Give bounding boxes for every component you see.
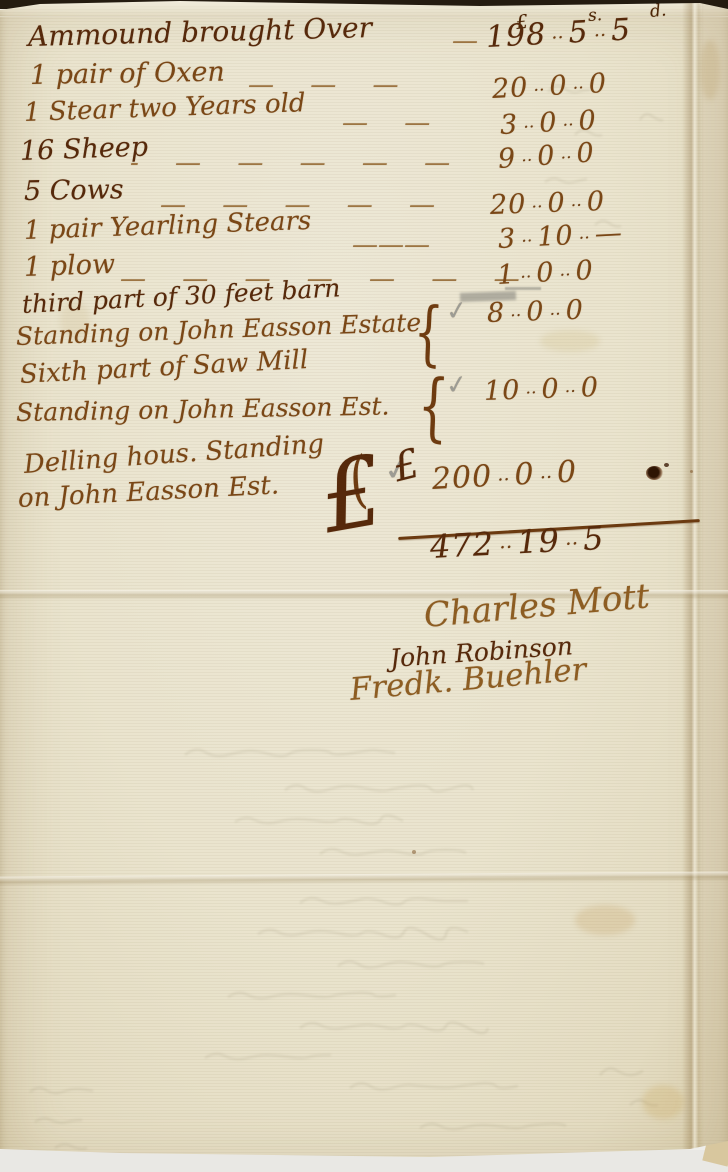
amount-separator: ‥ bbox=[554, 259, 576, 280]
paper-sheet: £ s. d. Ammound brought Over — 198‥5‥5 1… bbox=[0, 0, 728, 1172]
amount-pounds: 20 bbox=[489, 189, 526, 221]
amount-pence: 0 bbox=[586, 186, 605, 218]
amount-shillings: 0 bbox=[536, 140, 556, 172]
amount-shillings: 0 bbox=[514, 457, 536, 493]
amount: 10‥0‥0 bbox=[483, 372, 599, 407]
total-pence: 5 bbox=[582, 519, 605, 558]
entry-description: 1 pair of Oxen bbox=[30, 57, 225, 91]
pencil-checkmark: ✓ bbox=[444, 295, 470, 328]
amount-pounds: 1 bbox=[496, 259, 516, 291]
amount-separator: ‥ bbox=[555, 142, 578, 163]
amount: 20‥0‥0 bbox=[489, 186, 605, 221]
amount-separator: ‥ bbox=[518, 111, 540, 132]
leader-dashes: ——— bbox=[352, 230, 430, 260]
amount-pence: 0 bbox=[588, 68, 608, 100]
total-shillings: 19 bbox=[516, 521, 561, 561]
amount-pounds: 3 bbox=[497, 223, 517, 255]
amount-pence: 0 bbox=[580, 372, 599, 404]
entry-description: 1 plow bbox=[23, 249, 115, 283]
amount-separator: ‥ bbox=[516, 225, 538, 246]
amount-separator: ‥ bbox=[557, 109, 579, 130]
paper-speck bbox=[690, 470, 693, 473]
amount-shillings: 0 bbox=[538, 107, 558, 139]
amount: 3‥10‥— bbox=[497, 217, 623, 254]
amount-separator: ‥ bbox=[559, 376, 581, 397]
total-pounds: 472 bbox=[429, 525, 495, 566]
vertical-fold-crease bbox=[682, 0, 704, 1172]
amount-separator: ‥ bbox=[559, 526, 583, 550]
amount-pounds: 8 bbox=[486, 297, 505, 329]
pencil-checkmark: ✓ bbox=[444, 369, 470, 402]
amount-pounds: 20 bbox=[491, 72, 529, 105]
amount-shillings: 0 bbox=[549, 70, 569, 102]
amount-separator: ‥ bbox=[505, 300, 527, 321]
ink-blot-satellite bbox=[664, 463, 669, 467]
amount-separator: ‥ bbox=[520, 377, 542, 398]
foxing-stain bbox=[575, 905, 635, 935]
leader-dashes: — — bbox=[342, 108, 437, 138]
amount-pence: 0 bbox=[575, 137, 595, 169]
amount: 20‥0‥0 bbox=[491, 68, 608, 105]
foxing-stain bbox=[642, 1085, 684, 1119]
amount-shillings: 0 bbox=[541, 373, 560, 405]
amount-pence: 0 bbox=[556, 454, 578, 490]
amount-separator: ‥ bbox=[567, 72, 589, 93]
amount: 1‥0‥0 bbox=[496, 255, 594, 291]
amount-shillings: 5 bbox=[568, 15, 590, 51]
amount-pence: — bbox=[594, 217, 624, 249]
amount-separator: ‥ bbox=[526, 191, 548, 212]
amount-pounds: 200 bbox=[431, 459, 493, 497]
leader-dashes: — bbox=[452, 26, 485, 56]
amount: 8‥0‥0 bbox=[486, 295, 584, 329]
foxing-stain bbox=[540, 330, 600, 352]
amount: 3‥0‥0 bbox=[499, 105, 597, 141]
amount-pounds: 3 bbox=[499, 109, 519, 141]
amount-pounds: 9 bbox=[497, 143, 517, 175]
amount-separator: ‥ bbox=[534, 461, 557, 483]
ink-blot-stain bbox=[646, 466, 663, 480]
amount-pence: 0 bbox=[578, 105, 598, 137]
amount-separator: ‥ bbox=[546, 21, 569, 43]
leader-dashes: - — — — — — bbox=[130, 148, 457, 178]
amount-separator: ‥ bbox=[573, 222, 595, 243]
amount-separator: ‥ bbox=[492, 463, 515, 485]
amount-pence: 0 bbox=[565, 295, 584, 327]
amount-pence: 0 bbox=[575, 255, 595, 287]
amount-separator: ‥ bbox=[493, 530, 517, 554]
entry-description: 5 Cows bbox=[24, 174, 124, 207]
amount-separator: ‥ bbox=[515, 145, 538, 166]
amount-pounds: 10 bbox=[483, 375, 520, 407]
amount-pence: 5 bbox=[610, 12, 632, 48]
amount-pounds: 198 bbox=[485, 17, 547, 55]
amount-separator: ‥ bbox=[565, 190, 587, 211]
foxing-stain bbox=[700, 40, 720, 100]
amount-shillings: 0 bbox=[526, 296, 545, 328]
amount-separator: ‥ bbox=[544, 299, 566, 320]
amount-separator: ‥ bbox=[515, 261, 537, 282]
amount-shillings: 0 bbox=[535, 257, 555, 289]
amount-shillings: 10 bbox=[536, 220, 574, 253]
amount-separator: ‥ bbox=[588, 19, 611, 41]
right-fold-panel bbox=[702, 0, 728, 1172]
amount-shillings: 0 bbox=[547, 187, 566, 219]
amount-separator: ‥ bbox=[528, 74, 550, 95]
paper-speck bbox=[412, 850, 416, 854]
